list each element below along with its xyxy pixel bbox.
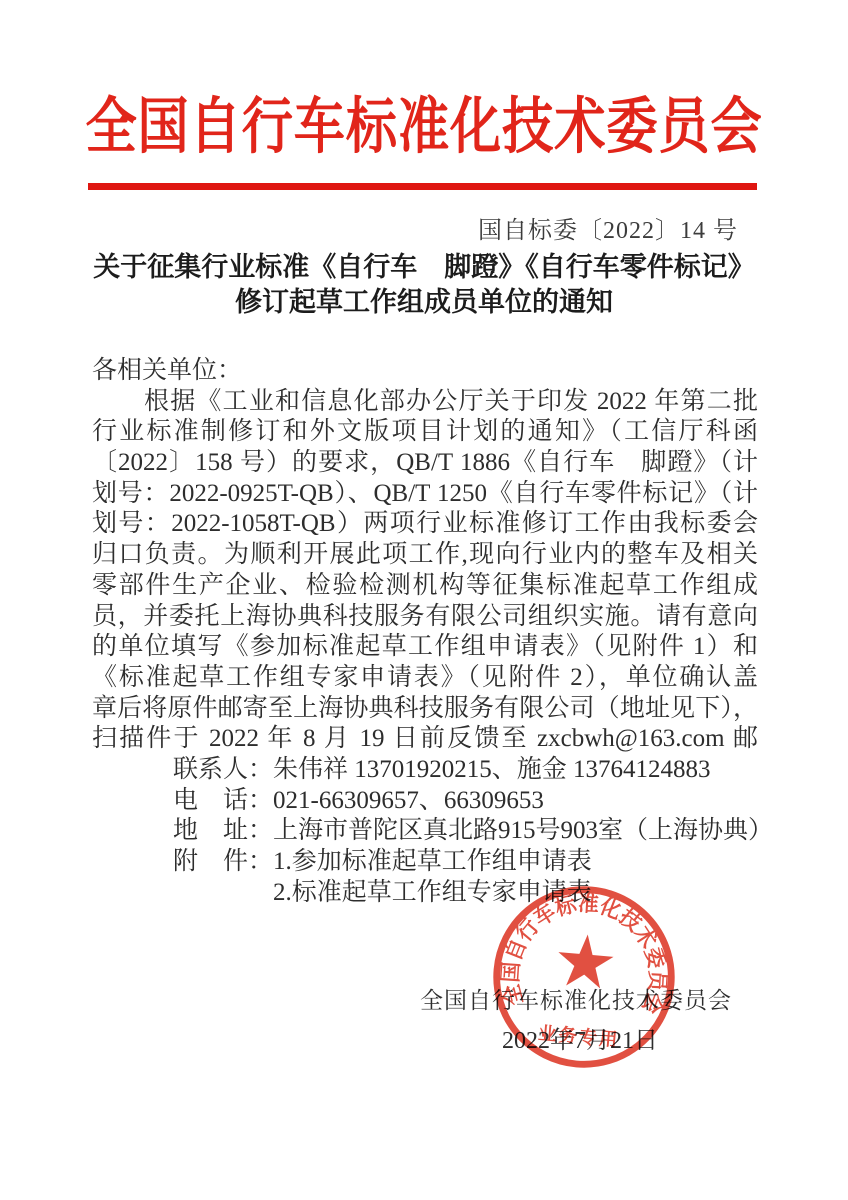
contact-address-row: 地 址： 上海市普陀区真北路915号903室（上海协典） (92, 816, 758, 847)
letterhead-org-name: 全国自行车标准化技术委员会 (85, 92, 762, 164)
contact-phone-label: 电 话： (173, 786, 273, 817)
contact-phone-value: 021-66309657、66309653 (273, 786, 544, 817)
body-line: 《标准起草工作组专家申请表》（见附件 2），单位确认盖 (92, 663, 758, 694)
attachment-2-value: 2.标准起草工作组专家申请表 (273, 878, 592, 909)
body-line: 的单位填写《参加标准起草工作组申请表》（见附件 1）和 (92, 632, 758, 663)
subject-title-line1: 关于征集行业标准《自行车 脚蹬》《自行车零件标记》 (0, 250, 848, 285)
attachment-row-1: 附 件： 1.参加标准起草工作组申请表 (92, 847, 758, 878)
body-text: 各相关单位： 根据《工业和信息化部办公厅关于印发 2022 年第二批 行业标准制… (92, 356, 758, 908)
attachment-label-spacer (173, 878, 273, 909)
contact-person-value: 朱伟祥 13701920215、施金 13764124883 (273, 755, 711, 786)
letterhead-rule (88, 183, 757, 190)
body-line: 根据《工业和信息化部办公厅关于印发 2022 年第二批 (92, 387, 758, 418)
body-line: 归口负责。为顺利开展此项工作,现向行业内的整车及相关 (92, 540, 758, 571)
letterhead: 全国自行车标准化技术委员会 (0, 92, 848, 179)
attachment-label: 附 件： (173, 847, 273, 878)
body-line: 扫描件于 2022 年 8 月 19 日前反馈至 zxcbwh@163.com … (92, 724, 758, 755)
salutation: 各相关单位： (92, 356, 758, 387)
subject-title-line2: 修订起草工作组成员单位的通知 (0, 285, 848, 320)
document-number: 国自标委〔2022〕14 号 (478, 210, 738, 245)
seal-star-icon (556, 932, 616, 989)
attachment-1-value: 1.参加标准起草工作组申请表 (273, 847, 592, 878)
contact-address-value: 上海市普陀区真北路915号903室（上海协典） (273, 816, 773, 847)
contact-person-label: 联系人： (173, 755, 273, 786)
body-line: 〔2022〕158 号）的要求，QB/T 1886《自行车 脚蹬》（计 (92, 448, 758, 479)
contact-person-row: 联系人： 朱伟祥 13701920215、施金 13764124883 (92, 755, 758, 786)
signature-org: 全国自行车标准化技术委员会 (420, 982, 720, 1015)
contact-address-label: 地 址： (173, 816, 273, 847)
contact-phone-row: 电 话： 021-66309657、66309653 (92, 786, 758, 817)
body-line: 划号：2022-1058T-QB）两项行业标准修订工作由我标委会 (92, 509, 758, 540)
subject-title: 关于征集行业标准《自行车 脚蹬》《自行车零件标记》 修订起草工作组成员单位的通知 (0, 250, 848, 320)
body-line: 零部件生产企业、检验检测机构等征集标准起草工作组成 (92, 571, 758, 602)
document-page: 全国自行车标准化技术委员会 国自标委〔2022〕14 号 关于征集行业标准《自行… (0, 0, 848, 1200)
attachment-row-2: 2.标准起草工作组专家申请表 (92, 878, 758, 909)
body-line: 行业标准制修订和外文版项目计划的通知》（工信厅科函 (92, 417, 758, 448)
body-line: 划号：2022-0925T-QB）、QB/T 1250《自行车零件标记》（计 (92, 479, 758, 510)
body-line: 员，并委托上海协典科技服务有限公司组织实施。请有意向 (92, 602, 758, 633)
body-line: 章后将原件邮寄至上海协典科技服务有限公司（地址见下）， (92, 694, 758, 725)
signature-date: 2022年7月21日 (430, 1020, 730, 1055)
